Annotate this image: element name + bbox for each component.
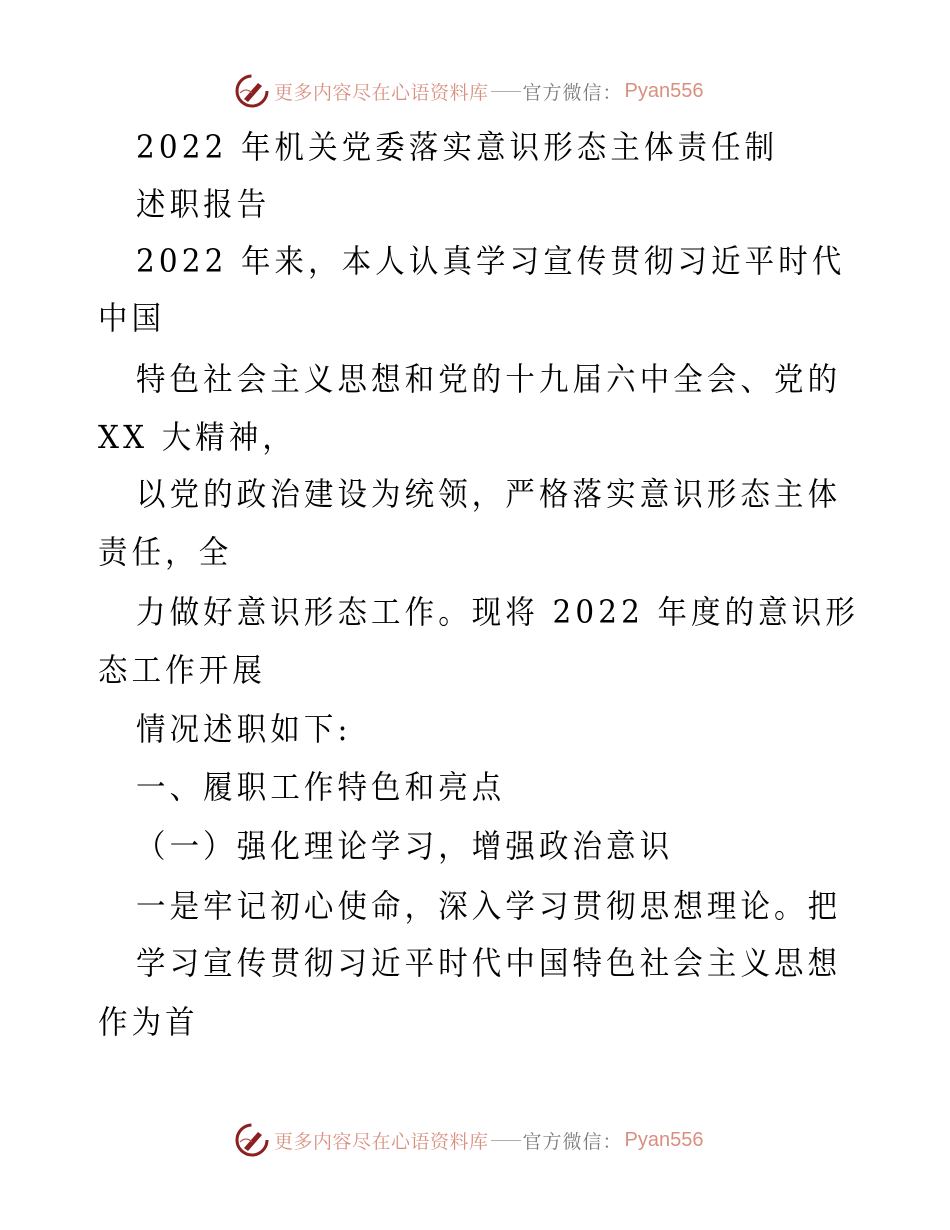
paragraph-line: 中国 — [98, 298, 165, 338]
paragraph-line: 作为首 — [98, 1002, 199, 1042]
paragraph-line: 学习宣传贯彻习近平时代中国特色社会主义思想 — [136, 943, 841, 983]
paragraph-line: 特色社会主义思想和党的十九届六中全会、党的 — [136, 359, 841, 399]
paragraph-line: 一是牢记初心使命，深入学习贯彻思想理论。把 — [136, 886, 841, 926]
document-title-line-2: 述职报告 — [136, 184, 270, 224]
watermark-wechat-id: Pyan556 — [625, 1129, 704, 1152]
paragraph-line: 情况述职如下: — [136, 709, 352, 749]
watermark-wechat-id: Pyan556 — [625, 80, 704, 103]
watermark-brand-text: 更多内容尽在心语资料库 — [274, 1127, 489, 1154]
watermark-separator — [491, 1140, 521, 1141]
header-watermark: 更多内容尽在心语资料库 官方微信： Pyan556 — [234, 71, 704, 111]
watermark-brand-text: 更多内容尽在心语资料库 — [274, 78, 489, 105]
paragraph-line: 责任，全 — [98, 532, 232, 572]
watermark-separator — [491, 91, 521, 92]
watermark-label: 官方微信： — [523, 1127, 623, 1154]
subsection-heading: （一）强化理论学习，增强政治意识 — [136, 826, 673, 866]
pen-circle-logo-icon — [234, 73, 270, 109]
paragraph-line: 以党的政治建设为统领，严格落实意识形态主体 — [136, 474, 841, 514]
paragraph-line: 2022 年来，本人认真学习宣传贯彻习近平时代 — [136, 241, 845, 281]
paragraph-line: XX 大精神， — [98, 417, 296, 457]
footer-watermark: 更多内容尽在心语资料库 官方微信： Pyan556 — [234, 1120, 704, 1160]
paragraph-line: 力做好意识形态工作。现将 2022 年度的意识形 — [136, 592, 859, 632]
section-heading: 一、履职工作特色和亮点 — [136, 767, 505, 807]
paragraph-line: 态工作开展 — [98, 650, 266, 690]
watermark-label: 官方微信： — [523, 78, 623, 105]
pen-circle-logo-icon — [234, 1122, 270, 1158]
document-title-line-1: 2022 年机关党委落实意识形态主体责任制 — [136, 127, 778, 167]
